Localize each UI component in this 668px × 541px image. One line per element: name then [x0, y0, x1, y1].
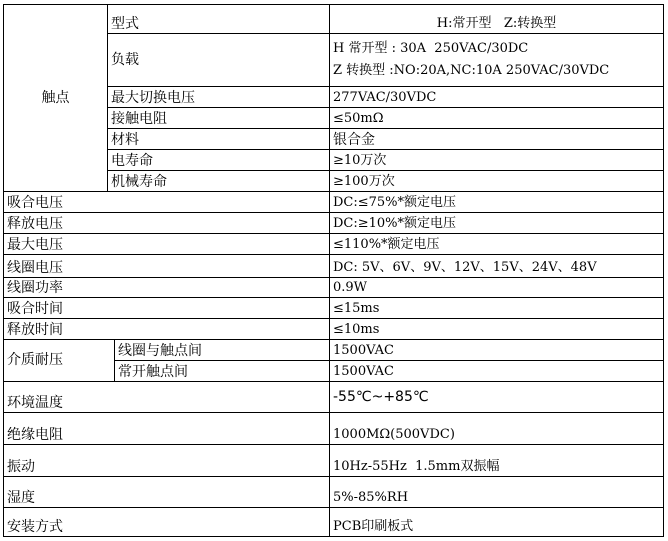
row-value-material: 银合金 [329, 128, 664, 150]
label-text: 吸合时间 [7, 301, 63, 317]
row-value-coil-voltage: DC: 5V、6V、9V、12V、15V、24V、48V [329, 254, 664, 278]
label-text: 振动 [7, 459, 35, 475]
row-label-type: 型式 [107, 4, 330, 34]
value-text: 277VAC/30VDC [333, 90, 436, 106]
row-value-humidity: 5%-85%RH [329, 476, 664, 508]
row-label-release-voltage: 释放电压 [3, 212, 330, 234]
row-value-max-voltage: ≤110%*额定电压 [329, 233, 664, 255]
label-text: 最大切换电压 [111, 90, 195, 106]
label-text: 释放时间 [7, 322, 63, 338]
label-text: 环境温度 [7, 395, 63, 411]
value-text: -55℃~+85℃ [333, 389, 429, 405]
group-label-contact: 触点 [3, 4, 108, 192]
row-value-open-contacts: 1500VAC [329, 360, 664, 382]
label-text: 最大电压 [7, 237, 63, 253]
value-text: ≥100万次 [333, 174, 395, 190]
value-text: DC:≤75%*额定电压 [333, 195, 456, 211]
row-label-vibration: 振动 [3, 444, 330, 477]
label-text: 线圈功率 [7, 280, 63, 296]
row-value-coil-to-contact: 1500VAC [329, 339, 664, 361]
value-line-normally-open: H 常开型 : 30A 250VAC/30DC [333, 38, 528, 60]
label-text: 绝缘电阻 [7, 427, 63, 443]
value-text: 10Hz-55Hz 1.5mm双振幅 [333, 459, 499, 475]
label-text: 材料 [111, 132, 139, 148]
label-text: 负载 [111, 52, 139, 68]
row-value-electrical-life: ≥10万次 [329, 149, 664, 171]
value-text: ≤110%*额定电压 [333, 237, 440, 253]
label-text: 常开触点间 [118, 364, 188, 380]
row-label-pickup-time: 吸合时间 [3, 297, 330, 319]
label-text: 吸合电压 [7, 195, 63, 211]
value-text: ≥10万次 [333, 153, 386, 169]
row-label-coil-power: 线圈功率 [3, 277, 330, 298]
label-text: 释放电压 [7, 216, 63, 232]
row-label-mechanical-life: 机械寿命 [107, 170, 330, 192]
label-text: 安装方式 [7, 519, 63, 535]
row-label-mounting: 安装方式 [3, 507, 330, 537]
row-value-release-voltage: DC:≥10%*额定电压 [329, 212, 664, 234]
value-text: 1500VAC [333, 364, 394, 380]
value-text: PCB印刷板式 [333, 519, 413, 535]
group-label-dielectric: 介质耐压 [3, 339, 115, 382]
value-text: ≤15ms [333, 301, 379, 317]
row-value-mounting: PCB印刷板式 [329, 507, 664, 537]
label-text: 线圈电压 [7, 260, 63, 276]
label-text: 电寿命 [111, 153, 153, 169]
value-text: 0.9W [333, 280, 367, 296]
row-label-load: 负载 [107, 33, 330, 87]
row-value-insulation-resistance: 1000MΩ(500VDC) [329, 412, 664, 445]
row-value-pickup-voltage: DC:≤75%*额定电压 [329, 191, 664, 213]
value-text: ≤50mΩ [333, 111, 384, 127]
row-label-electrical-life: 电寿命 [107, 149, 330, 171]
value-text: 1000MΩ(500VDC) [333, 427, 455, 443]
row-value-load: H 常开型 : 30A 250VAC/30DC Z 转换型 :NO:20A,NC… [329, 33, 664, 87]
row-value-max-switch-voltage: 277VAC/30VDC [329, 86, 664, 108]
value-text: H:常开型 Z:转换型 [437, 16, 557, 32]
label-text: 型式 [111, 16, 139, 32]
row-value-type: H:常开型 Z:转换型 [329, 4, 664, 34]
row-value-contact-resistance: ≤50mΩ [329, 107, 664, 129]
row-value-release-time: ≤10ms [329, 318, 664, 340]
value-text: 银合金 [333, 132, 375, 148]
value-text: DC: 5V、6V、9V、12V、15V、24V、48V [333, 260, 597, 276]
row-label-max-voltage: 最大电压 [3, 233, 330, 255]
label-text: 机械寿命 [111, 174, 167, 190]
label-text: 线圈与触点间 [118, 343, 202, 359]
row-value-pickup-time: ≤15ms [329, 297, 664, 319]
row-label-max-switch-voltage: 最大切换电压 [107, 86, 330, 108]
group-label-text: 触点 [42, 90, 70, 106]
value-text: 5%-85%RH [333, 490, 408, 506]
row-value-mechanical-life: ≥100万次 [329, 170, 664, 192]
row-label-coil-to-contact: 线圈与触点间 [114, 339, 330, 361]
spec-table: 触点 型式 H:常开型 Z:转换型 负载 H 常开型 : 30A 250VAC/… [3, 4, 664, 537]
row-label-release-time: 释放时间 [3, 318, 330, 340]
row-label-coil-voltage: 线圈电压 [3, 254, 330, 278]
row-label-ambient-temperature: 环境温度 [3, 381, 330, 413]
group-label-text: 介质耐压 [7, 352, 63, 368]
row-value-ambient-temperature: -55℃~+85℃ [329, 381, 664, 413]
row-label-open-contacts: 常开触点间 [114, 360, 330, 382]
row-label-material: 材料 [107, 128, 330, 150]
row-label-insulation-resistance: 绝缘电阻 [3, 412, 330, 445]
row-value-coil-power: 0.9W [329, 277, 664, 298]
row-value-vibration: 10Hz-55Hz 1.5mm双振幅 [329, 444, 664, 477]
value-text: ≤10ms [333, 322, 379, 338]
row-label-humidity: 湿度 [3, 476, 330, 508]
label-text: 接触电阻 [111, 111, 167, 127]
row-label-contact-resistance: 接触电阻 [107, 107, 330, 129]
value-line-changeover: Z 转换型 :NO:20A,NC:10A 250VAC/30VDC [333, 60, 609, 82]
value-text: DC:≥10%*额定电压 [333, 216, 456, 232]
label-text: 湿度 [7, 490, 35, 506]
row-label-pickup-voltage: 吸合电压 [3, 191, 330, 213]
value-text: 1500VAC [333, 343, 394, 359]
